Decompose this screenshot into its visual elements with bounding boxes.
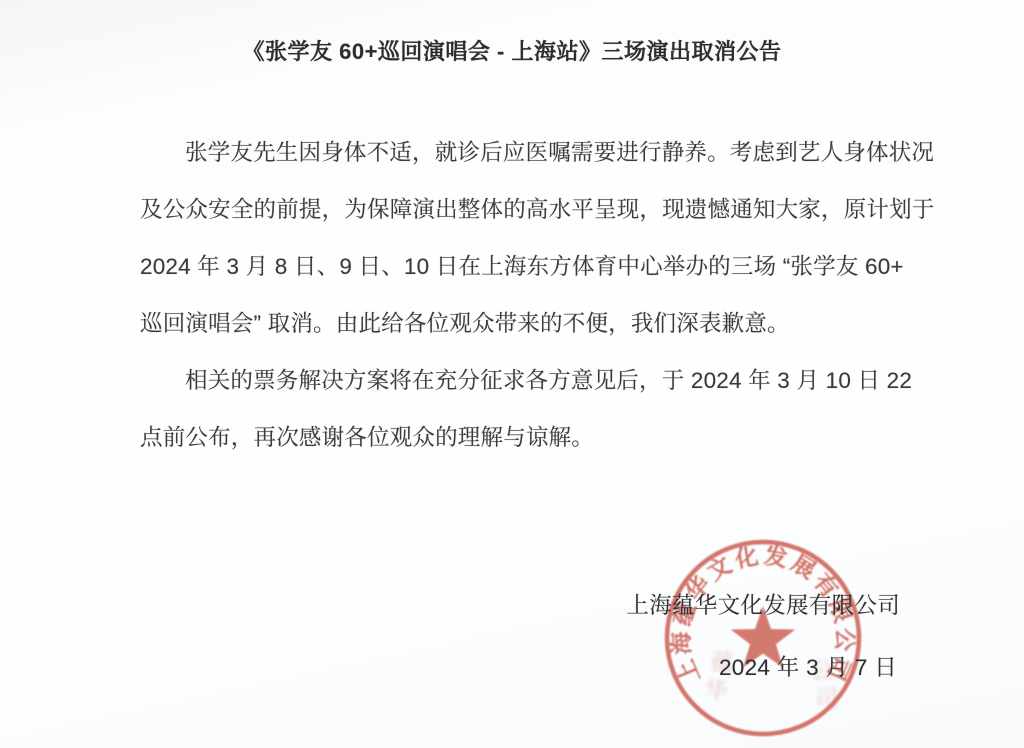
signature-company: 上海蕴华文化发展有限公司 — [626, 588, 900, 620]
signature-date: 2024 年 3 月 7 日 — [719, 650, 897, 682]
company-seal-stamp: 上海蕴华文化发展有限公司 蕴 华 公 司 — [653, 528, 873, 748]
body-line: 张学友先生因身体不适，就诊后应医嘱需要进行静养。考虑到艺人身体状况 — [140, 124, 915, 181]
announcement-body: 张学友先生因身体不适，就诊后应医嘱需要进行静养。考虑到艺人身体状况 及公众安全的… — [140, 124, 915, 466]
seal-artwork: 上海蕴华文化发展有限公司 蕴 华 公 司 — [667, 542, 859, 734]
body-line: 2024 年 3 月 8 日、9 日、10 日在上海东方体育中心举办的三场 “张… — [140, 238, 915, 295]
body-line: 相关的票务解决方案将在充分征求各方意见后，于 2024 年 3 月 10 日 2… — [140, 352, 915, 409]
announcement-document: 《张学友 60+巡回演唱会 - 上海站》三场演出取消公告 张学友先生因身体不适，… — [0, 0, 1024, 748]
body-line: 点前公布，再次感谢各位观众的理解与谅解。 — [140, 409, 915, 466]
document-title: 《张学友 60+巡回演唱会 - 上海站》三场演出取消公告 — [0, 35, 1024, 66]
body-line: 巡回演唱会” 取消。由此给各位观众带来的不便，我们深表歉意。 — [140, 295, 915, 352]
body-line: 及公众安全的前提，为保障演出整体的高水平呈现，现遗憾通知大家，原计划于 — [140, 181, 915, 238]
